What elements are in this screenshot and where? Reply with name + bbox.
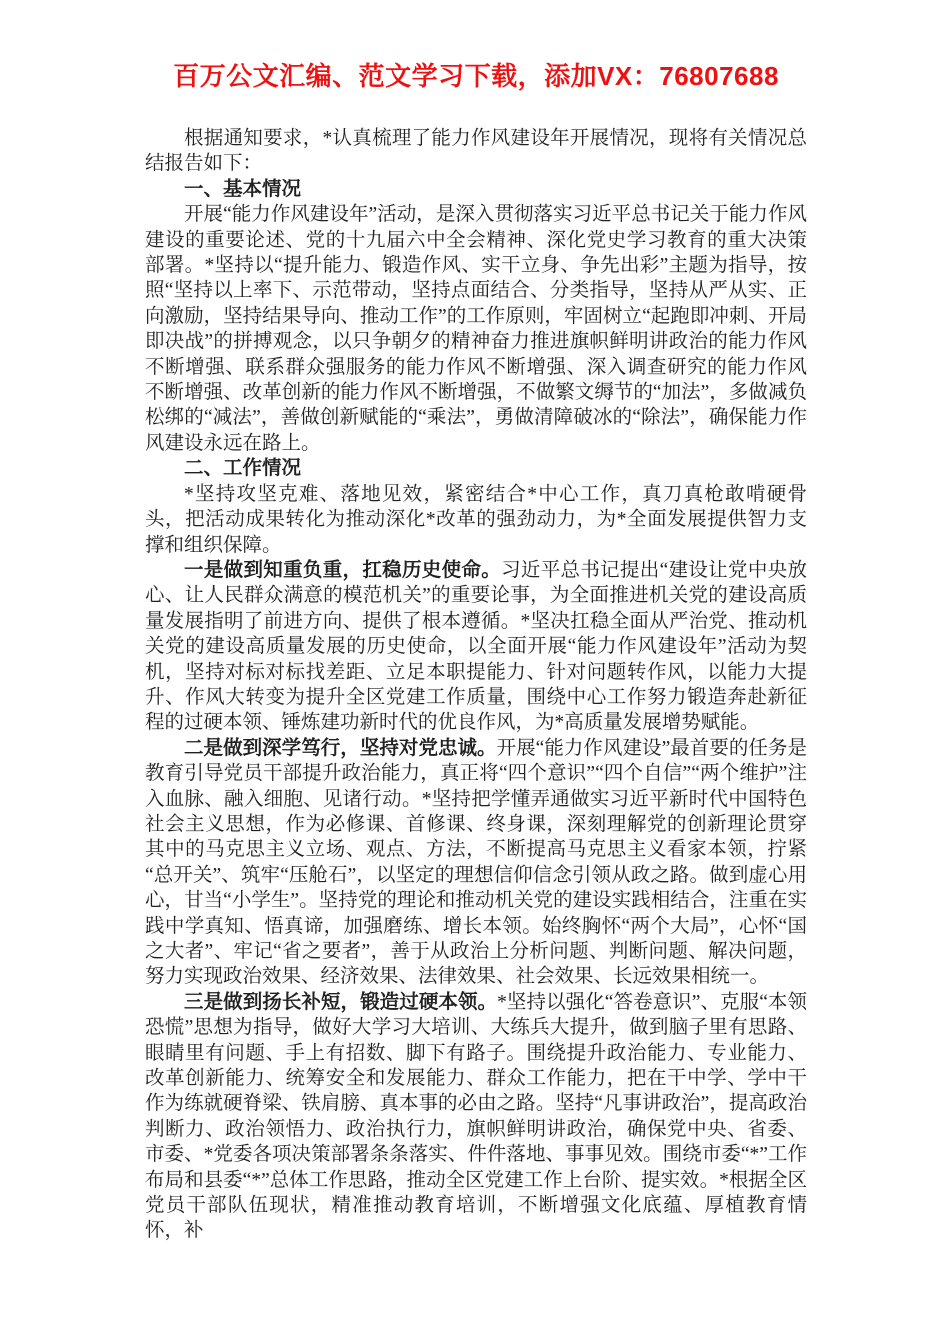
promo-header-text: 百万公文汇编、范文学习下载，添加VX：76807688 [145,60,807,92]
section-heading-work: 二、工作情况 [145,456,807,481]
point3-lead: 三是做到扬长补短，锻造过硬本领。 [184,991,497,1013]
paragraph-point3: 三是做到扬长补短，锻造过硬本领。*坚持以强化“答卷意识”、克服“本领恐慌”思想为… [145,990,807,1244]
section-heading-basic: 一、基本情况 [145,177,807,202]
paragraph-intro: 根据通知要求，*认真梳理了能力作风建设年开展情况，现将有关情况总结报告如下： [145,126,807,177]
document-page: 百万公文汇编、范文学习下载，添加VX：76807688 根据通知要求，*认真梳理… [0,0,950,1344]
document-body: 根据通知要求，*认真梳理了能力作风建设年开展情况，现将有关情况总结报告如下： 一… [145,126,807,1244]
point2-text: 开展“能力作风建设”最首要的任务是教育引导党员干部提升政治能力，真正将“四个意识… [145,738,807,988]
paragraph-point1: 一是做到知重负重，扛稳历史使命。习近平总书记提出“建设让党中央放心、让人民群众满… [145,558,807,736]
point2-lead: 二是做到深学笃行，坚持对党忠诚。 [184,737,497,759]
paragraph-basic: 开展“能力作风建设年”活动，是深入贯彻落实习近平总书记关于能力作风建设的重要论述… [145,202,807,456]
point3-text: *坚持以强化“答卷意识”、克服“本领恐慌”思想为指导，做好大学习大培训、大练兵大… [145,992,807,1242]
paragraph-point2: 二是做到深学笃行，坚持对党忠诚。开展“能力作风建设”最首要的任务是教育引导党员干… [145,736,807,990]
paragraph-work-intro: *坚持攻坚克难、落地见效，紧密结合*中心工作，真刀真枪敢啃硬骨头，把活动成果转化… [145,482,807,558]
intro-text: 根据通知要求，*认真梳理了能力作风建设年开展情况，现将有关情况总结报告如下： [145,128,807,174]
point1-lead: 一是做到知重负重，扛稳历史使命。 [184,559,501,581]
basic-text: 开展“能力作风建设年”活动，是深入贯彻落实习近平总书记关于能力作风建设的重要论述… [145,204,807,454]
work-intro-text: *坚持攻坚克难、落地见效，紧密结合*中心工作，真刀真枪敢啃硬骨头，把活动成果转化… [145,484,807,556]
point1-text: 习近平总书记提出“建设让党中央放心、让人民群众满意的模范机关”的重要论事，为全面… [145,560,807,733]
